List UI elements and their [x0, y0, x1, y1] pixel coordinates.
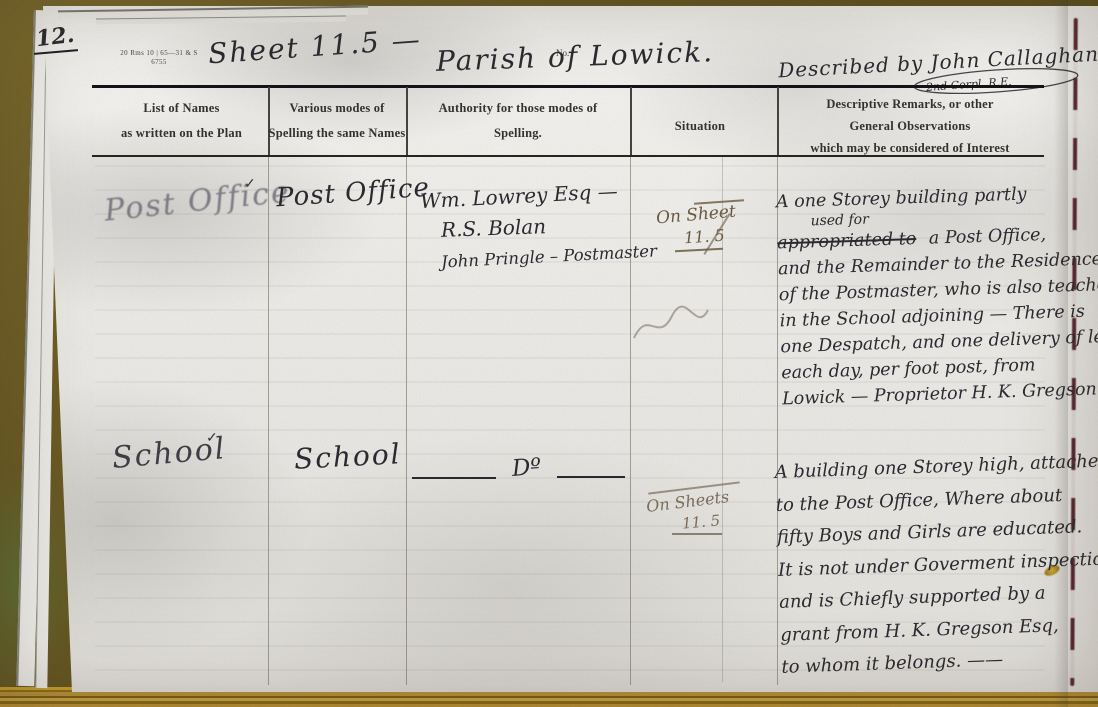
ditto-dash: [557, 476, 625, 478]
scanned-name-book-page: 12. 20 Rms 10 | 65—31 & S 6755 Sheet 11.…: [0, 0, 1098, 707]
remarks-paragraph: A one Storey building partly used for ap…: [776, 181, 1061, 413]
struck-out-text: appropriated to: [777, 229, 917, 253]
remarks-text: a Post Office,: [929, 225, 1047, 249]
remarks-paragraph: A building one Storey high, attached to …: [774, 447, 1064, 684]
column-divider: [406, 157, 407, 685]
column-header-names: List of Names as written on the Plan: [95, 96, 268, 146]
pencil-scribble: [628, 298, 712, 350]
column-header-line: Authority for those modes of: [406, 96, 630, 121]
situation-sheet-number: 11. 5: [681, 511, 721, 532]
column-header-authority: Authority for those modes of Spelling.: [406, 96, 630, 146]
ditto-entry: Dº: [511, 454, 542, 482]
authority-entry: R.S. Bolan: [441, 214, 547, 242]
column-header-line: Various modes of: [268, 96, 406, 121]
column-header-line: which may be considered of Interest: [777, 137, 1043, 159]
column-header-line: List of Names: [95, 96, 268, 121]
column-header-remarks: Descriptive Remarks, or other General Ob…: [777, 93, 1043, 159]
column-divider: [630, 157, 631, 685]
column-divider: [268, 157, 269, 685]
column-header-spelling-modes: Various modes of Spelling the same Names: [268, 96, 406, 146]
column-header-situation: Situation: [630, 114, 770, 139]
printed-stamp: 20 Rms 10 | 65—31 & S 6755: [114, 49, 204, 67]
column-header-line: as written on the Plan: [95, 121, 268, 146]
situation-underline: [672, 533, 722, 535]
column-header-line: Spelling the same Names: [268, 121, 406, 146]
table-top-rule: [92, 85, 1044, 88]
column-header-line: Spelling.: [406, 121, 630, 146]
ditto-dash: [412, 477, 496, 479]
column-header-line: Situation: [630, 114, 770, 139]
column-header-line: Descriptive Remarks, or other: [777, 93, 1043, 115]
spelling-entry: School: [293, 437, 402, 476]
page-number: 12.: [35, 22, 76, 52]
stamp-line: 6755: [151, 58, 167, 66]
check-mark: ✓: [206, 430, 218, 446]
column-header-line: General Observations: [777, 115, 1043, 137]
stamp-line: 20 Rms 10 | 65—31 & S: [120, 49, 197, 57]
check-mark: ✓: [244, 176, 256, 192]
